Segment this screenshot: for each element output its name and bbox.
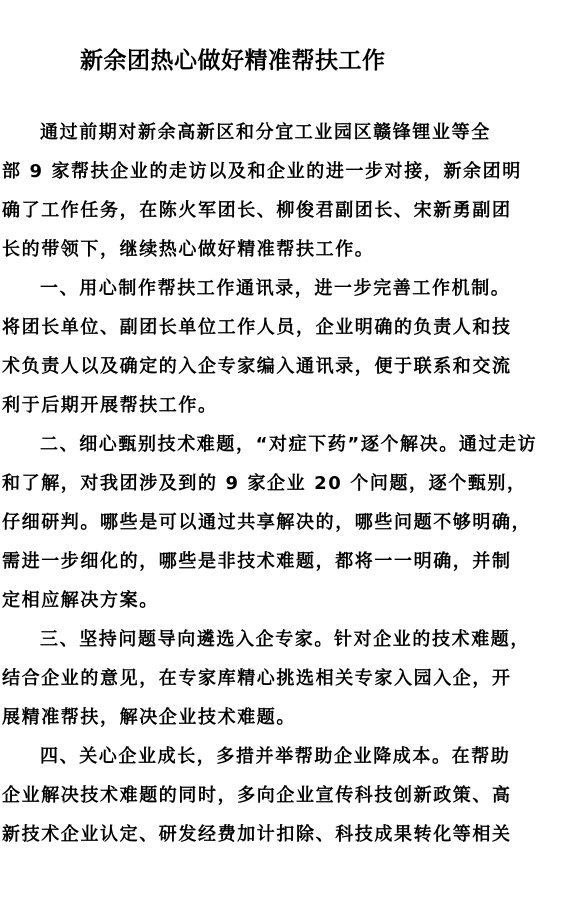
text-line: 利于后期开展帮扶工作。 <box>2 395 218 417</box>
document-title: 新余团热心做好精准帮扶工作 <box>80 42 386 75</box>
text-line: 展精准帮扶，解决企业技术难题。 <box>2 707 296 729</box>
text-line: 结合企业的意见，在专家库精心挑选相关专家入园入企，开 <box>2 668 512 690</box>
document-page: 新余团热心做好精准帮扶工作 通过前期对新余高新区和分宜工业园区赣锋锂业等全 部 … <box>0 0 582 916</box>
text-line: 企业解决技术难题的同时，多向企业宣传科技创新政策、高 <box>2 785 512 807</box>
text-line: 通过前期对新余高新区和分宜工业园区赣锋锂业等全 <box>40 122 491 144</box>
text-line: 确了工作任务，在陈火军团长、柳俊君副团长、宋新勇副团 <box>2 200 512 222</box>
text-line: 长的带领下，继续热心做好精准帮扶工作。 <box>2 239 374 261</box>
text-line: 仔细研判。哪些是可以通过共享解决的，哪些问题不够明确， <box>2 512 531 534</box>
text-line: 术负责人以及确定的入企专家编入通讯录，便于联系和交流 <box>2 356 512 378</box>
text-line: 一、用心制作帮扶工作通讯录，进一步完善工作机制。 <box>40 278 510 300</box>
text-line: 新技术企业认定、研发经费加计扣除、科技成果转化等相关 <box>2 824 512 846</box>
text-line: 和了解，对我团涉及到的 9 家企业 20 个问题，逐个甄别， <box>2 473 527 495</box>
text-line: 定相应解决方案。 <box>2 590 159 612</box>
text-line: 部 9 家帮扶企业的走访以及和企业的进一步对接，新余团明 <box>2 161 522 183</box>
text-line: 将团长单位、副团长单位工作人员，企业明确的负责人和技 <box>2 317 512 339</box>
text-line: 需进一步细化的，哪些是非技术难题，都将一一明确，并制 <box>2 551 512 573</box>
text-line: 二、细心甄别技术难题，“对症下药”逐个解决。通过走访 <box>40 434 537 456</box>
text-line: 四、关心企业成长，多措并举帮助企业降成本。在帮助 <box>40 746 510 768</box>
text-line: 三、坚持问题导向遴选入企专家。针对企业的技术难题， <box>40 629 530 651</box>
